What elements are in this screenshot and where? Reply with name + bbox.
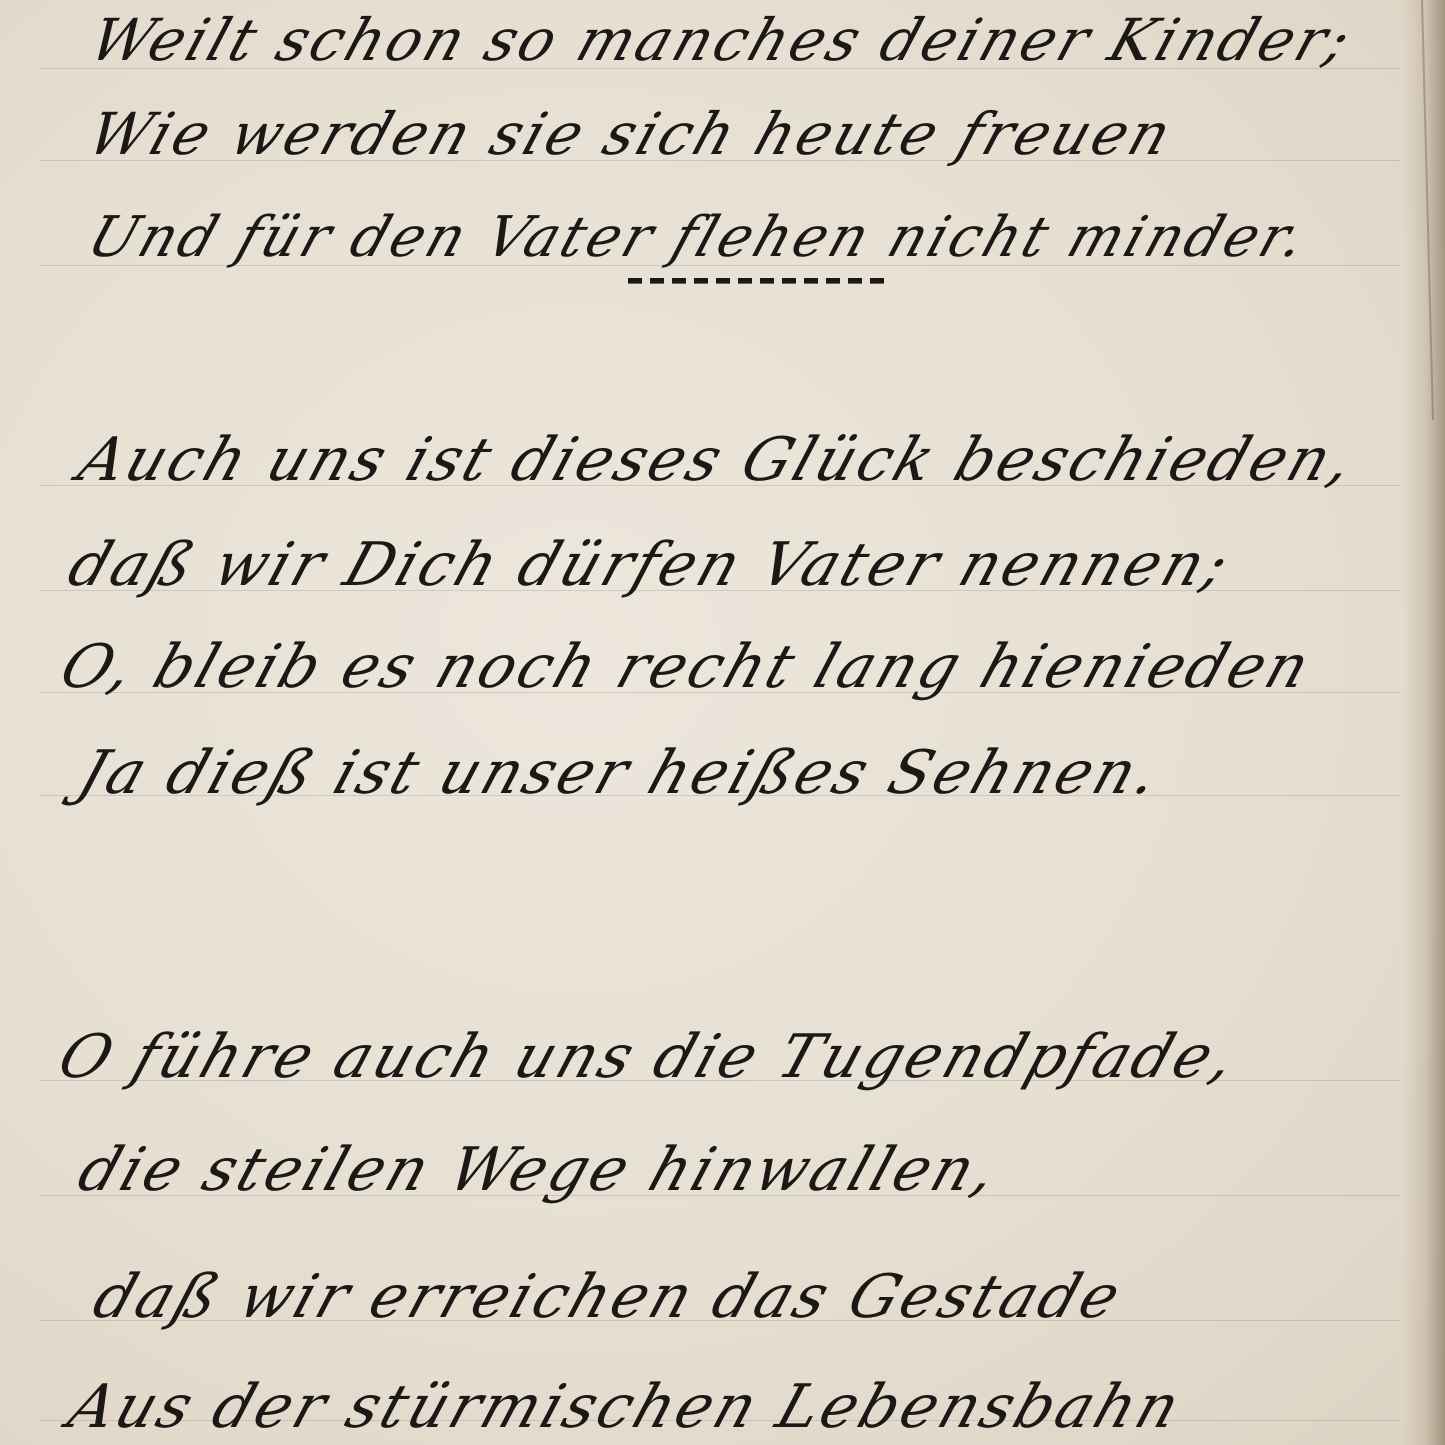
poem-line: daß wir Dich dürfen Vater nennen;	[60, 530, 1240, 600]
poem-line: Und für den Vater flehen nicht minder.	[80, 205, 1316, 270]
poem-line: O, bleib es noch recht lang hienieden	[52, 632, 1321, 702]
poem-line: Weilt schon so manches deiner Kinder;	[82, 6, 1362, 74]
poem-line: Auch uns ist dieses Glück beschieden,	[70, 425, 1365, 495]
manuscript-page: Weilt schon so manches deiner Kinder; Wi…	[0, 0, 1445, 1445]
page-edge-shadow	[1403, 0, 1445, 1445]
poem-line: daß wir erreichen das Gestade	[85, 1262, 1131, 1332]
poem-line: O führe auch uns die Tugendpfade,	[50, 1022, 1247, 1092]
poem-line: Ja dieß ist unser heißes Sehnen.	[70, 738, 1170, 808]
poem-line: Aus der stürmischen Lebensbahn	[60, 1372, 1191, 1442]
poem-line: Wie werden sie sich heute freuen	[80, 100, 1182, 168]
poem-line: die steilen Wege hinwallen,	[70, 1135, 1008, 1205]
